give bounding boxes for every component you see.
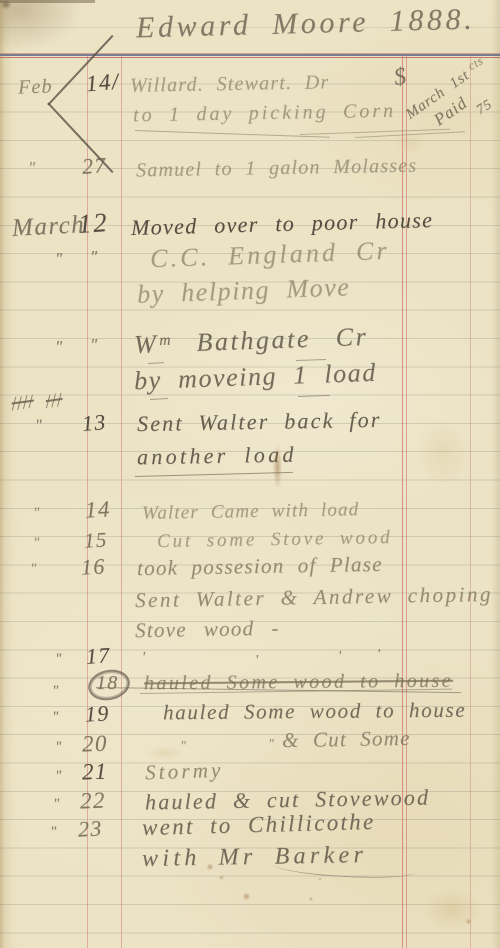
entry-13-line1: Stormy <box>145 758 224 786</box>
entry-7-month: " <box>33 535 40 552</box>
stain-blotch <box>390 128 430 158</box>
stain-spot <box>318 877 322 881</box>
entry-0-line1: Willard. Stewart. Dr <box>130 71 330 97</box>
entry-8-line3: Stove wood - <box>135 616 280 644</box>
entry-3-day: " <box>90 247 98 267</box>
column-line-right-double-a <box>402 56 404 948</box>
entry-0-day: 14/ <box>85 69 121 98</box>
entry-9-tick: ' <box>255 653 259 669</box>
entry-12-month: " <box>55 739 62 756</box>
entry-8-month: " <box>30 561 37 578</box>
ledger-page: Edward Moore 1888. Feb 14/ Willard. Stew… <box>0 0 500 948</box>
stain-spot <box>218 874 225 881</box>
entry-12-ditto2: " <box>268 737 275 753</box>
entry-0-line2: to 1 day picking Corn <box>133 100 396 128</box>
entry-10-month: " <box>52 683 59 700</box>
entry-2-month: March <box>11 211 86 243</box>
entry-5-day: 13 <box>81 409 108 437</box>
entry-15-day: 23 <box>77 815 103 842</box>
stain-blotch <box>140 744 190 762</box>
entry-5-month: " <box>35 417 43 435</box>
entry-8-day: 16 <box>80 553 106 580</box>
entry-14-month: " <box>53 796 60 813</box>
entry-14-day: 22 <box>80 788 107 815</box>
entry-15-month: " <box>50 824 57 841</box>
entry-1-day: 27 <box>81 152 107 180</box>
entry-6-month: " <box>33 505 40 522</box>
entry-8-line1: took possesion of Plase <box>137 552 383 581</box>
entry-12-day: 20 <box>82 731 109 758</box>
entry-9-tick: ' <box>377 647 381 663</box>
stain-spot <box>241 891 252 902</box>
entry-13-month: " <box>55 768 62 785</box>
entry-6-line1: Walter Came with load <box>142 499 360 525</box>
entry-12-line1: & Cut Some <box>282 726 411 753</box>
entry-6-day: 14 <box>84 496 111 523</box>
entry-2-day: 12 <box>77 207 109 240</box>
entry-9-tick: ' <box>338 649 342 665</box>
entry-4-day: " <box>90 335 98 355</box>
entry-0-month: Feb <box>18 75 53 99</box>
entry-7-day: 15 <box>83 527 108 553</box>
stain-spot <box>308 896 314 902</box>
entry-9-day: 17 <box>85 642 111 670</box>
entry-11-day: 19 <box>84 700 110 727</box>
entry-5-line1: Sent Walter back for <box>137 407 382 437</box>
page-corner-shadow <box>0 0 30 24</box>
entry-1-line1: Samuel to 1 galon Molasses <box>136 155 418 183</box>
ink-stain <box>271 436 284 498</box>
entry-9-tick: ' <box>142 650 146 666</box>
stain-spot <box>205 862 215 872</box>
stain-blotch <box>408 408 478 498</box>
column-line-right-cents <box>470 56 471 948</box>
column-line-left-2 <box>121 56 122 948</box>
column-line-right-double-b <box>406 56 408 948</box>
header-rule-red-bottom <box>0 57 500 58</box>
entry-11-month: " <box>52 709 59 726</box>
entry-11-line1: hauled Some wood to house <box>163 698 467 726</box>
entry-3-month: " <box>55 249 63 269</box>
stain-blotch <box>415 882 490 937</box>
entry-1-month: " <box>28 158 36 178</box>
page-top-edge <box>0 0 95 3</box>
page-title: Edward Moore 1888. <box>136 3 476 46</box>
entry-9-month: " <box>55 651 62 668</box>
entry-13-day: 21 <box>82 759 109 786</box>
entry-7-line1: Cut some Stove wood <box>157 527 393 553</box>
entry-4-month: " <box>55 337 63 357</box>
